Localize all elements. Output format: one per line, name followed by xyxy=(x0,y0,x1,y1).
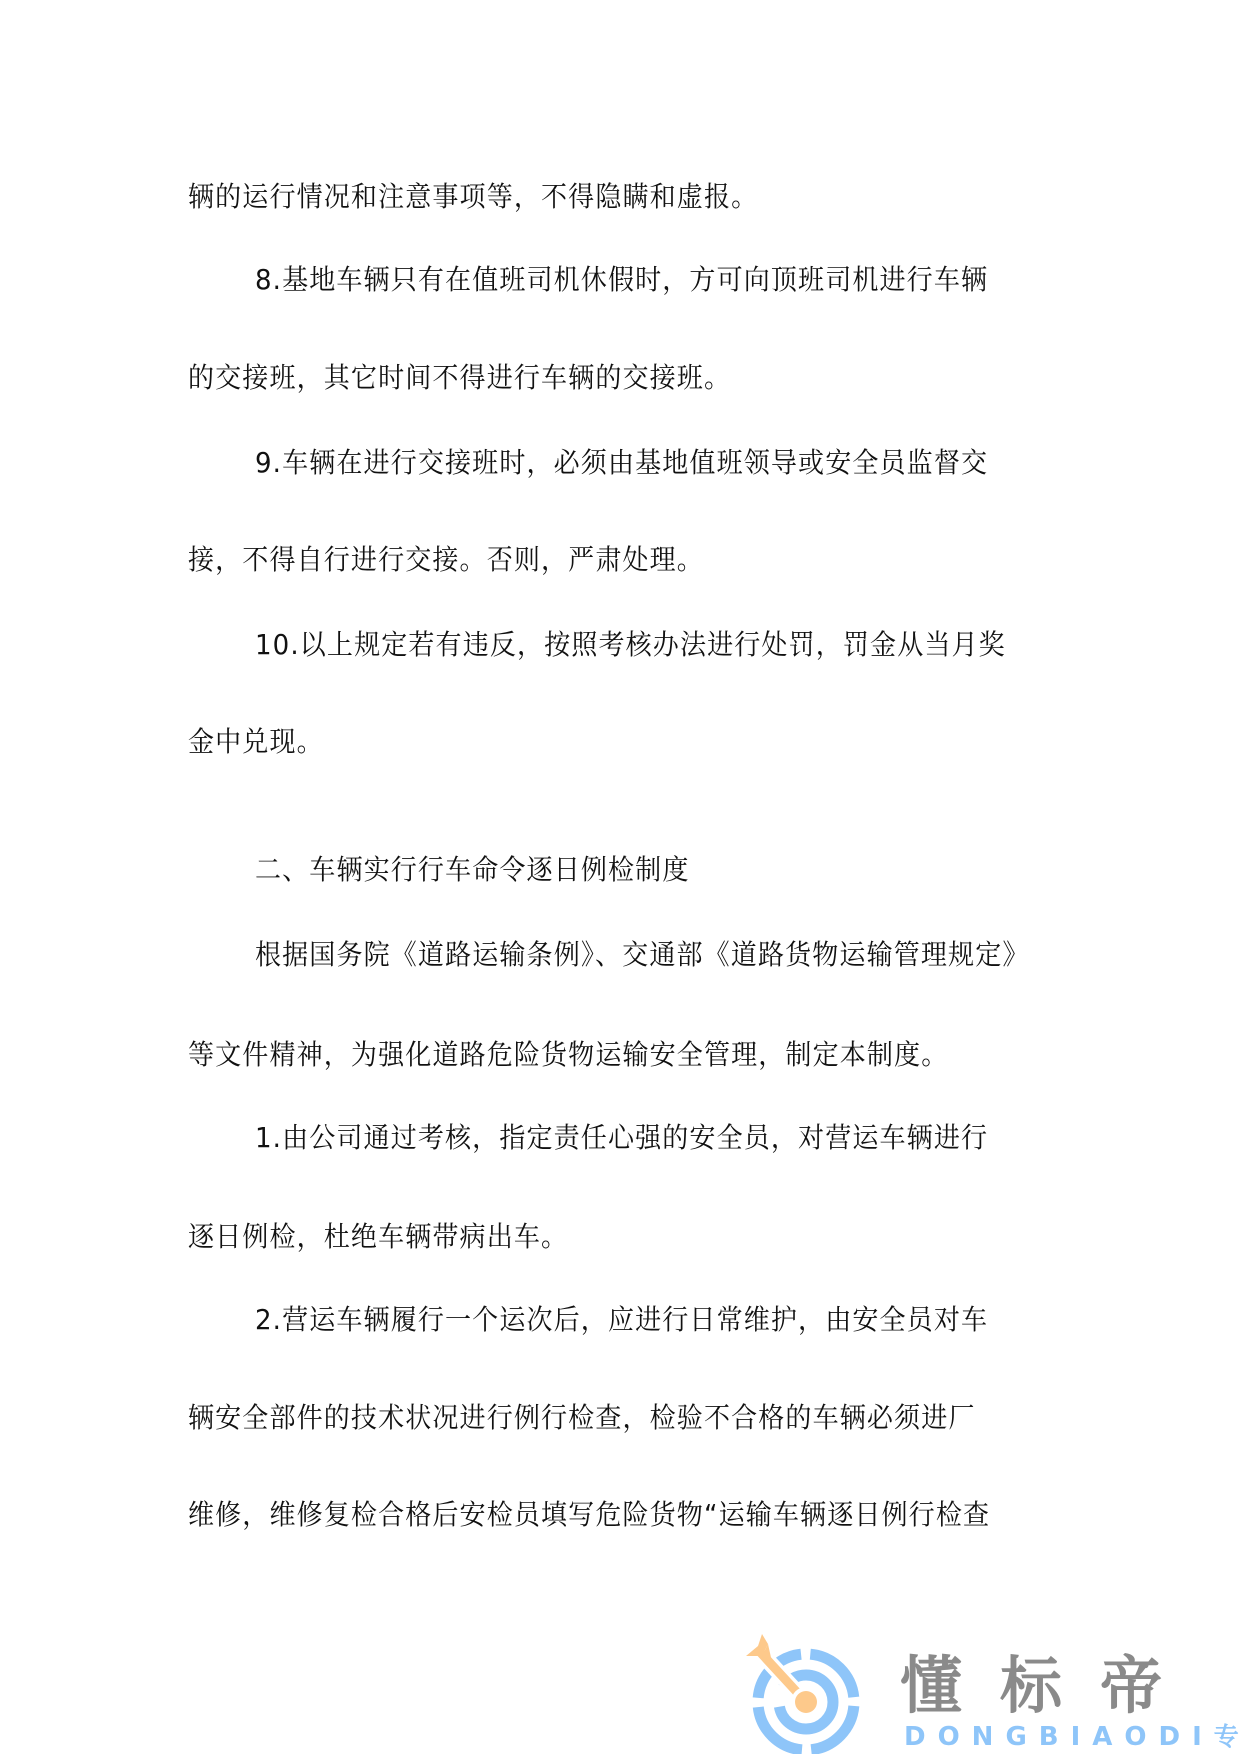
text-line: 的交接班，其它时间不得进行车辆的交接班。 xyxy=(188,360,731,396)
text-line: 根据国务院《道路运输条例》、交通部《道路货物运输管理规定》 xyxy=(255,937,1030,973)
watermark-title: 懂标帝 xyxy=(900,1652,1200,1720)
text-line: 接，不得自行进行交接。否则，严肃处理。 xyxy=(188,542,704,578)
text-line: 辆安全部件的技术状况进行例行检查，检验不合格的车辆必须进厂 xyxy=(188,1400,976,1436)
section-heading: 二、车辆实行行车命令逐日例检制度 xyxy=(255,852,689,888)
text-line: 维修，维修复检合格后安检员填写危险货物“运输车辆逐日例行检查 xyxy=(188,1497,990,1533)
text-line: 辆的运行情况和注意事项等，不得隐瞒和虚报。 xyxy=(188,179,758,215)
text-line: 逐日例检，杜绝车辆带病出车。 xyxy=(188,1219,568,1255)
target-arrow-icon xyxy=(740,1630,880,1754)
text-line: 9.车辆在进行交接班时，必须由基地值班领导或安全员监督交 xyxy=(255,445,988,481)
text-line: 等文件精神，为强化道路危险货物运输安全管理，制定本制度。 xyxy=(188,1037,948,1073)
watermark-subtitle-cn: 专业版 xyxy=(1214,1722,1241,1751)
text-line: 8.基地车辆只有在值班司机休假时，方可向顶班司机进行车辆 xyxy=(255,262,988,298)
watermark-subtitle-latin: DONGBIAODI xyxy=(904,1722,1214,1752)
document-page: 辆的运行情况和注意事项等，不得隐瞒和虚报。 8.基地车辆只有在值班司机休假时，方… xyxy=(0,0,1241,1754)
text-line: 金中兑现。 xyxy=(188,724,324,760)
text-line: 10.以上规定若有违反，按照考核办法进行处罚，罚金从当月奖 xyxy=(255,627,1006,663)
watermark-subtitle: DONGBIAODI专业版 xyxy=(904,1722,1241,1752)
text-line: 2.营运车辆履行一个运次后，应进行日常维护，由安全员对车 xyxy=(255,1302,988,1338)
text-line: 1.由公司通过考核，指定责任心强的安全员，对营运车辆进行 xyxy=(255,1120,988,1156)
watermark-logo: 懂标帝 DONGBIAODI专业版 xyxy=(740,1630,1241,1754)
